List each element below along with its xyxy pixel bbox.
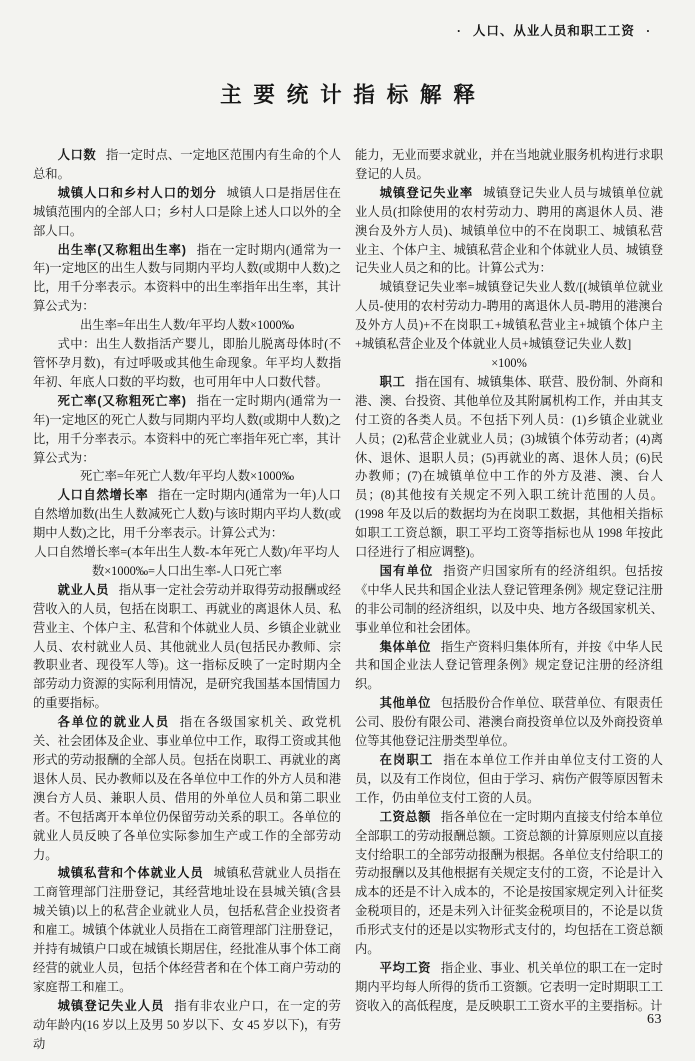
running-head-right-dot: · xyxy=(646,24,651,38)
indicator-definition: 城镇私营就业人员指在工商管理部门注册登记，其经营地址设在县城关镇(含县城关镇)以… xyxy=(33,866,341,993)
indicator-paragraph: 集体单位指生产资料归集体所有，并按《中华人民共和国企业法人登记管理条例》规定登记… xyxy=(355,638,663,695)
indicator-paragraph: 城镇登记失业人员指有非农业户口，在一定的劳动年龄内(16 岁以上及男 50 岁以… xyxy=(33,997,341,1054)
right-column: 能力，无业而要求就业，并在当地就业服务机构进行求职登记的人员。城镇登记失业率城镇… xyxy=(355,146,663,1054)
formula-line: 人口自然增长率=(本年出生人数-本年死亡人数)/年平均人数×1000‰=人口出生… xyxy=(33,543,341,581)
paragraph-text: 死亡率=年死亡人数/年平均人数×1000‰ xyxy=(80,469,294,483)
indicator-paragraph: 各单位的就业人员指在各级国家机关、政党机关、社会团体及企业、事业单位中工作，取得… xyxy=(33,713,341,864)
indicator-paragraph: 其他单位包括股份合作单位、联营单位、有限责任公司、股份有限公司、港澳台商投资单位… xyxy=(355,694,663,751)
running-head: ·人口、从业人员和职工工资· xyxy=(446,21,662,39)
indicator-term: 各单位的就业人员 xyxy=(58,715,170,729)
running-head-text: 人口、从业人员和职工工资 xyxy=(473,24,635,38)
formula-line: 出生率=年出生人数/年平均人数×1000‰ xyxy=(33,316,341,335)
paragraph-text: 能力，无业而要求就业，并在当地就业服务机构进行求职登记的人员。 xyxy=(355,148,663,181)
indicator-definition: 指各单位在一定时期内直接支付给本单位全部职工的劳动报酬总额。工资总额的计算原则应… xyxy=(355,810,663,956)
page-title: 主要统计指标解释 xyxy=(0,78,695,109)
indicator-definition: 指在国有、城镇集体、联营、股份制、外商和港、澳、台投资、其他单位及其附属机构工作… xyxy=(355,375,663,559)
indicator-paragraph: 就业人员指从事一定社会劳动并取得劳动报酬或经营收入的人员，包括在岗职工、再就业的… xyxy=(33,581,341,713)
page-number: 63 xyxy=(647,1012,662,1028)
indicator-term: 人口自然增长率 xyxy=(58,488,149,502)
indicator-paragraph: 国有单位指资产归国家所有的经济组织。包括按《中华人民共和国企业法人登记管理条例》… xyxy=(355,562,663,638)
paragraph-text: ×100% xyxy=(491,356,527,370)
indicator-paragraph: 死亡率(又称粗死亡率)指在一定时期内(通常为一年)一定地区的死亡人数与同期内平均… xyxy=(33,392,341,468)
indicator-term: 职工 xyxy=(380,375,406,389)
formula-line: ×100% xyxy=(355,354,663,373)
indicator-paragraph: 职工指在国有、城镇集体、联营、股份制、外商和港、澳、台投资、其他单位及其附属机构… xyxy=(355,373,663,562)
body-paragraph: 式中：出生人数指活产婴儿，即胎儿脱离母体时(不管怀孕月数)，有过呼吸或其他生命现… xyxy=(33,335,341,392)
paragraph-text: 出生率=年出生人数/年平均人数×1000‰ xyxy=(80,318,294,332)
indicator-term: 平均工资 xyxy=(380,961,431,975)
indicator-term: 国有单位 xyxy=(380,564,434,578)
formula-line: 城镇登记失业率=城镇登记失业人数/[(城镇单位就业人员-使用的农村劳动力-聘用的… xyxy=(355,278,663,354)
indicator-term: 城镇私营和个体就业人员 xyxy=(58,866,204,880)
indicator-paragraph: 城镇登记失业率城镇登记失业人员与城镇单位就业人员(扣除使用的农村劳动力、聘用的离… xyxy=(355,184,663,279)
indicator-paragraph: 平均工资指企业、事业、机关单位的职工在一定时期内平均每人所得的货币工资额。它表明… xyxy=(355,959,663,1016)
paragraph-text: 人口自然增长率=(本年出生人数-本年死亡人数)/年平均人数×1000‰=人口出生… xyxy=(34,545,339,578)
indicator-paragraph: 工资总额指各单位在一定时期内直接支付给本单位全部职工的劳动报酬总额。工资总额的计… xyxy=(355,808,663,959)
body-paragraph: 能力，无业而要求就业，并在当地就业服务机构进行求职登记的人员。 xyxy=(355,146,663,184)
indicator-term: 城镇登记失业率 xyxy=(380,186,474,200)
indicator-term: 在岗职工 xyxy=(380,753,434,767)
indicator-term: 工资总额 xyxy=(380,810,431,824)
indicator-term: 死亡率(又称粗死亡率) xyxy=(58,394,187,408)
formula-line: 死亡率=年死亡人数/年平均人数×1000‰ xyxy=(33,467,341,486)
paragraph-text: 城镇登记失业率=城镇登记失业人数/[(城镇单位就业人员-使用的农村劳动力-聘用的… xyxy=(355,280,663,351)
indicator-term: 集体单位 xyxy=(380,640,431,654)
indicator-paragraph: 出生率(又称粗出生率)指在一定时期内(通常为一年)一定地区的出生人数与同期内平均… xyxy=(33,241,341,317)
indicator-paragraph: 城镇私营和个体就业人员城镇私营就业人员指在工商管理部门注册登记，其经营地址设在县… xyxy=(33,864,341,996)
indicator-paragraph: 在岗职工指在本单位工作并由单位支付工资的人员，以及有工作岗位，但由于学习、病伤产… xyxy=(355,751,663,808)
indicator-definition: 指从事一定社会劳动并取得劳动报酬或经营收入的人员，包括在岗职工、再就业的离退休人… xyxy=(33,583,341,710)
indicator-paragraph: 城镇人口和乡村人口的划分城镇人口是指居住在城镇范围内的全部人口；乡村人口是除上述… xyxy=(33,184,341,241)
indicator-term: 城镇人口和乡村人口的划分 xyxy=(58,186,217,200)
indicator-term: 城镇登记失业人员 xyxy=(58,999,165,1013)
indicator-paragraph: 人口数指一定时点、一定地区范围内有生命的个人总和。 xyxy=(33,146,341,184)
indicator-term: 出生率(又称粗出生率) xyxy=(58,243,187,257)
left-column: 人口数指一定时点、一定地区范围内有生命的个人总和。城镇人口和乡村人口的划分城镇人… xyxy=(33,146,341,1054)
running-head-left-dot: · xyxy=(457,24,462,38)
indicator-term: 其他单位 xyxy=(380,696,431,710)
indicator-definition: 指在各级国家机关、政党机关、社会团体及企业、事业单位中工作，取得工资或其他形式的… xyxy=(33,715,341,861)
indicator-term: 就业人员 xyxy=(58,583,109,597)
document-page: ·人口、从业人员和职工工资· 主要统计指标解释 人口数指一定时点、一定地区范围内… xyxy=(0,0,695,1061)
indicator-term: 人口数 xyxy=(58,148,97,162)
indicator-paragraph: 人口自然增长率指在一定时期内(通常为一年)人口自然增加数(出生人数减死亡人数)与… xyxy=(33,486,341,543)
text-columns: 人口数指一定时点、一定地区范围内有生命的个人总和。城镇人口和乡村人口的划分城镇人… xyxy=(33,146,663,1054)
paragraph-text: 式中：出生人数指活产婴儿，即胎儿脱离母体时(不管怀孕月数)，有过呼吸或其他生命现… xyxy=(33,337,341,389)
